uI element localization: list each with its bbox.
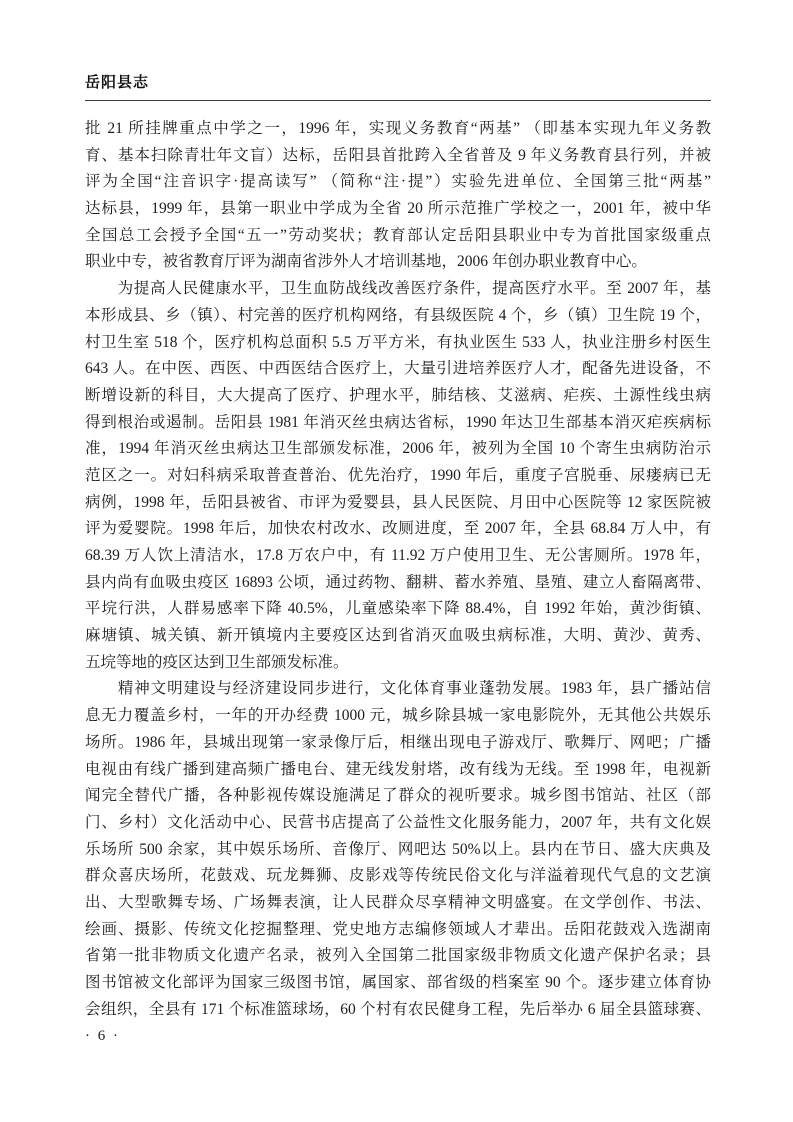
- text-line: 门、乡村）文化活动中心、民营书店提高了公益性文化服务能力，2007 年，共有文化…: [85, 810, 711, 837]
- text-line: 范区之一。对妇科病采取普查普治、优先治疗，1990 年后，重度子宫脱垂、尿瘘病已…: [85, 463, 711, 490]
- text-line: 643 人。在中医、西医、中西医结合医疗上，大量引进培养医疗人才，配备先进设备，…: [85, 356, 711, 383]
- text-line: 得到根治或遏制。岳阳县 1981 年消灭丝虫病达省标，1990 年达卫生部基本消…: [85, 410, 711, 437]
- paragraph: 精神文明建设与经济建设同步进行，文化体育事业蓬勃发展。1983 年，县广播站信息…: [85, 676, 711, 1023]
- page: 岳阳县志 批 21 所挂牌重点中学之一，1996 年，实现义务教育“两基” （即…: [0, 0, 793, 1122]
- text-line: 图书馆被文化部评为国家三级图书馆，属国家、部省级的档案室 90 个。逐步建立体育…: [85, 970, 711, 997]
- text-line: 绘画、摄影、传统文化挖掘整理、党史地方志编修领域人才辈出。岳阳花鼓戏入选湖南: [85, 917, 711, 944]
- text-line: 为提高人民健康水平，卫生血防战线改善医疗条件，提高医疗水平。至 2007 年，基: [85, 276, 711, 303]
- text-line: 出、大型歌舞专场、广场舞表演，让人民群众尽享精神文明盛宴。在文学创作、书法、: [85, 890, 711, 917]
- text-line: 五垸等地的疫区达到卫生部颁发标准。: [85, 650, 711, 677]
- text-line: 群众喜庆场所，花鼓戏、玩龙舞狮、皮影戏等传统民俗文化与洋溢着现代气息的文艺演: [85, 863, 711, 890]
- text-line: 闻完全替代广播，各种影视传媒设施满足了群众的视听要求。城乡图书馆站、社区（部: [85, 783, 711, 810]
- text-line: 省第一批非物质文化遗产名录，被列入全国第二批国家级非物质文化遗产保护名录；县: [85, 943, 711, 970]
- text-line: 村卫生室 518 个，医疗机构总面积 5.5 万平方米，有执业医生 533 人，…: [85, 330, 711, 357]
- book-title: 岳阳县志: [85, 74, 149, 91]
- text-line: 麻塘镇、城关镇、新开镇境内主要疫区达到省消灭血吸虫病标准，大明、黄沙、黄秀、: [85, 623, 711, 650]
- text-line: 评为全国“注音识字·提高读写” （简称“注·提”）实验先进单位、全国第三批“两基…: [85, 169, 711, 196]
- header-rule: [85, 100, 711, 101]
- text-line: 电视由有线广播到建高频广播电台、建无线发射塔，改有线为无线。至 1998 年，电…: [85, 757, 711, 784]
- paragraph: 批 21 所挂牌重点中学之一，1996 年，实现义务教育“两基” （即基本实现九…: [85, 116, 711, 276]
- text-line: 全国总工会授予全国“五一”劳动奖状；教育部认定岳阳县职业中专为首批国家级重点: [85, 223, 711, 250]
- text-line: 病例，1998 年，岳阳县被省、市评为爱婴县，县人民医院、月田中心医院等 12 …: [85, 490, 711, 517]
- text-line: 达标县，1999 年，县第一职业中学成为全省 20 所示范推广学校之一，2001…: [85, 196, 711, 223]
- text-line: 息无力覆盖乡村，一年的开办经费 1000 元，城乡除县城一家电影院外，无其他公共…: [85, 703, 711, 730]
- text-line: 准，1994 年消灭丝虫病达卫生部颁发标准，2006 年，被列为全国 10 个寄…: [85, 436, 711, 463]
- page-number: · 6 ·: [85, 1028, 120, 1045]
- running-header: 岳阳县志: [85, 71, 711, 92]
- text-line: 本形成县、乡（镇）、村完善的医疗机构网络，有县级医院 4 个，乡（镇）卫生院 1…: [85, 303, 711, 330]
- text-line: 育、基本扫除青壮年文盲）达标，岳阳县首批跨入全省普及 9 年义务教育县行列，并被: [85, 143, 711, 170]
- text-line: 乐场所 500 余家，其中娱乐场所、音像厅、网吧达 50%以上。县内在节日、盛大…: [85, 837, 711, 864]
- body-text: 批 21 所挂牌重点中学之一，1996 年，实现义务教育“两基” （即基本实现九…: [85, 116, 711, 1023]
- text-line: 会组织，全县有 171 个标准篮球场，60 个村有农民健身工程，先后举办 6 届…: [85, 997, 711, 1024]
- paragraph: 为提高人民健康水平，卫生血防战线改善医疗条件，提高医疗水平。至 2007 年，基…: [85, 276, 711, 676]
- text-line: 县内尚有血吸虫疫区 16893 公顷，通过药物、翻耕、蓄水养殖、垦殖、建立人畜隔…: [85, 570, 711, 597]
- text-line: 平垸行洪，人群易感率下降 40.5%，儿童感染率下降 88.4%，自 1992 …: [85, 596, 711, 623]
- text-line: 职业中专，被省教育厅评为湖南省涉外人才培训基地，2006 年创办职业教育中心。: [85, 249, 711, 276]
- text-line: 精神文明建设与经济建设同步进行，文化体育事业蓬勃发展。1983 年，县广播站信: [85, 676, 711, 703]
- text-line: 批 21 所挂牌重点中学之一，1996 年，实现义务教育“两基” （即基本实现九…: [85, 116, 711, 143]
- text-line: 68.39 万人饮上清洁水，17.8 万农户中，有 11.92 万户使用卫生、无…: [85, 543, 711, 570]
- text-line: 评为爱婴院。1998 年后，加快农村改水、改厕进度，至 2007 年，全县 68…: [85, 516, 711, 543]
- text-line: 场所。1986 年，县城出现第一家录像厅后，相继出现电子游戏厅、歌舞厅、网吧；广…: [85, 730, 711, 757]
- text-line: 断增设新的科目，大大提高了医疗、护理水平，肺结核、艾滋病、疟疾、土源性线虫病: [85, 383, 711, 410]
